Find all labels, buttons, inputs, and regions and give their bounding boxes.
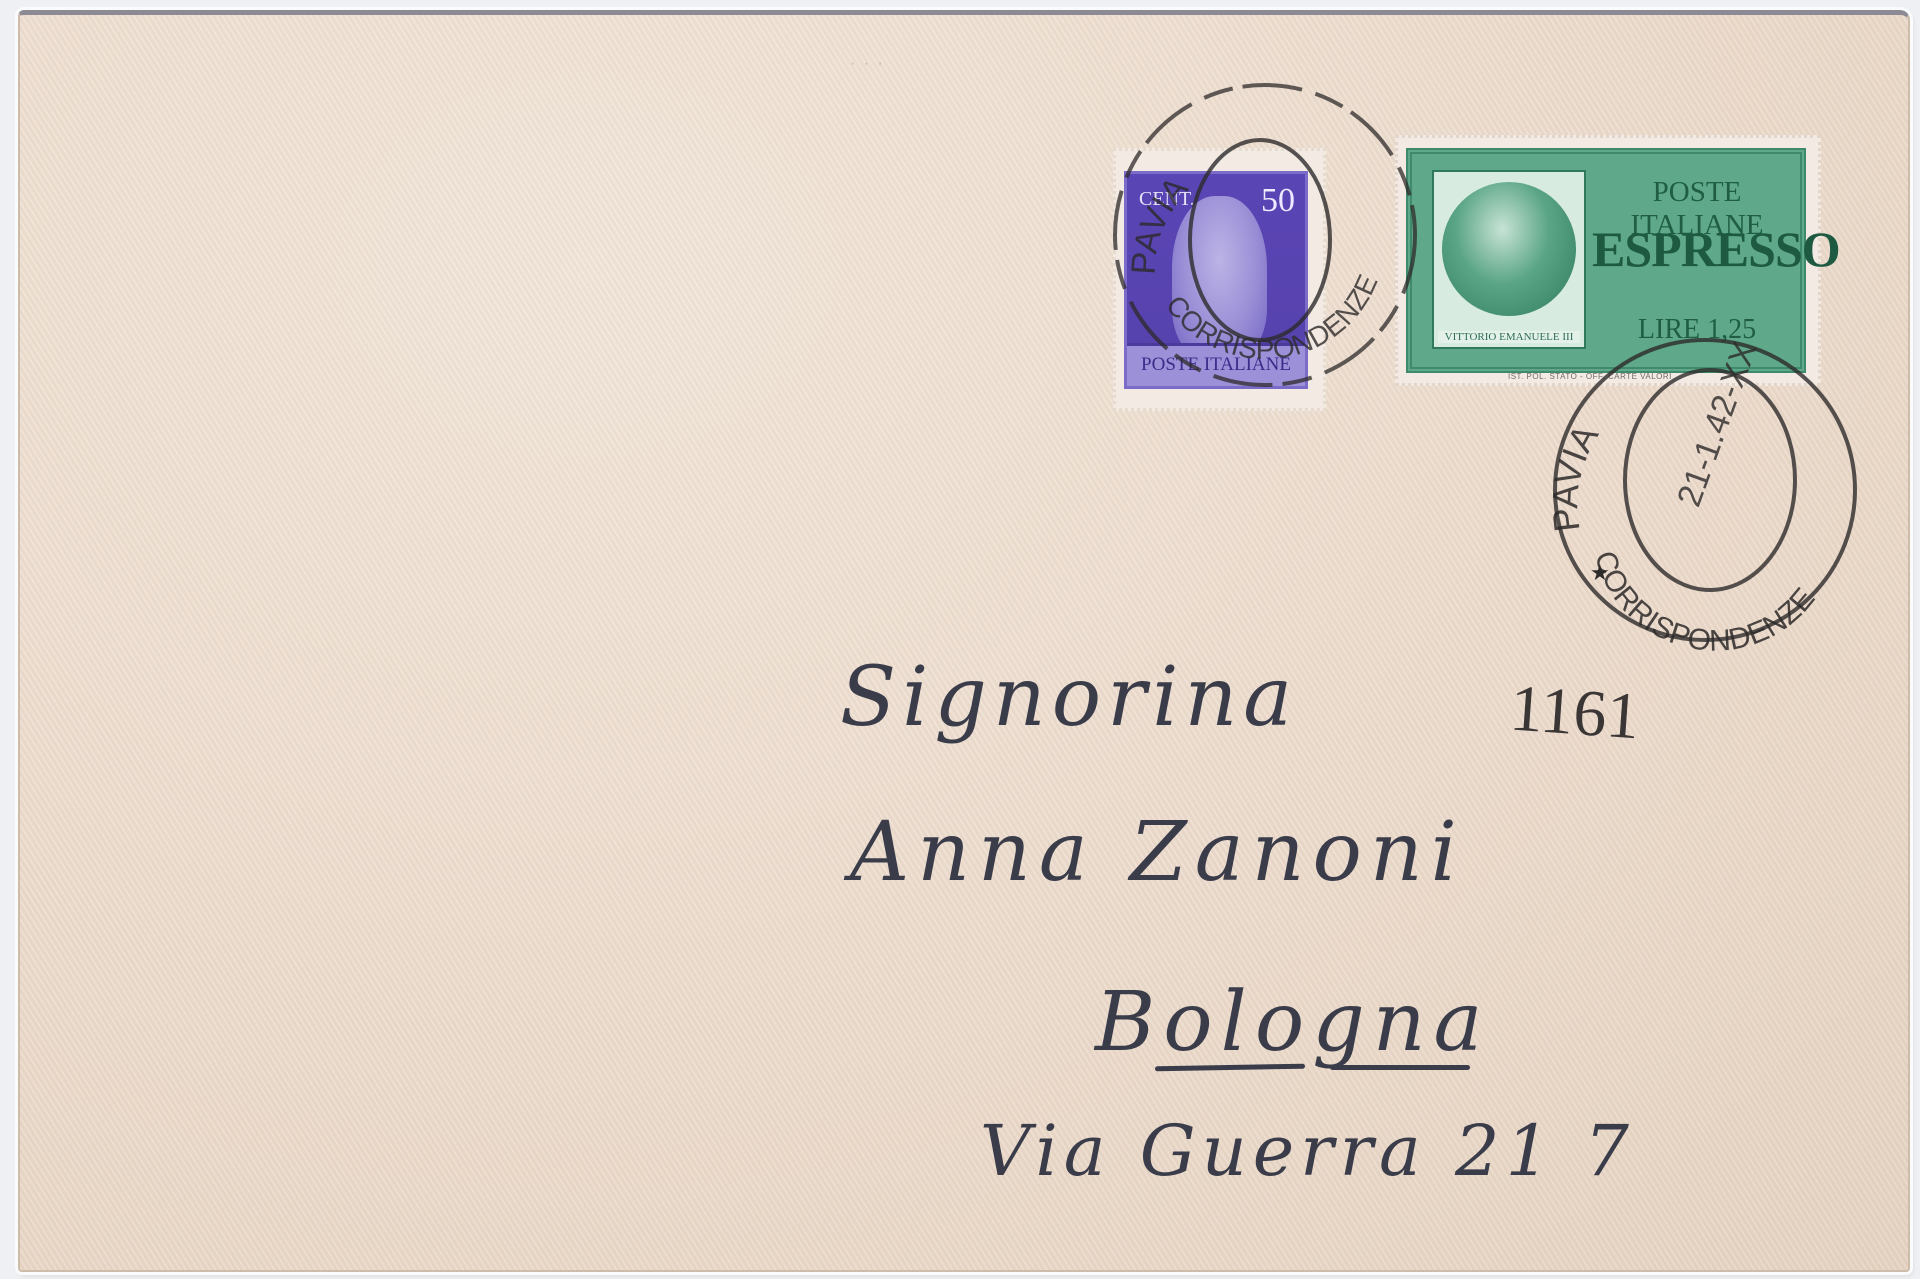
pencil-note: · · · — [850, 55, 885, 73]
address-street: Via Guerra 21 7 — [980, 1110, 1635, 1192]
portrait-caption: VITTORIO EMANUELE III — [1438, 331, 1580, 343]
city-underline-right — [1330, 1065, 1470, 1070]
reference-number: 1161 — [1508, 671, 1643, 756]
stamp-print: VITTORIO EMANUELE III POSTE ITALIANE ESP… — [1406, 148, 1806, 373]
king-portrait-icon — [1172, 196, 1267, 356]
stamp-main-text: ESPRESSO — [1592, 220, 1802, 278]
postmark-bottom-text: CORRISPONDENZE — [1588, 547, 1822, 658]
address-name: Anna Zanoni — [850, 805, 1465, 900]
postmark-city: PAVIA — [1544, 418, 1606, 535]
portrait-medallion: VITTORIO EMANUELE III — [1432, 170, 1586, 349]
address-salutation: Signorina — [840, 650, 1298, 745]
stamp-espresso: VITTORIO EMANUELE III POSTE ITALIANE ESP… — [1395, 135, 1821, 386]
stamp-50-centesimi: CENT. 50 POSTE ITALIANE — [1113, 148, 1326, 411]
stamp-imprint: IST. POL. STATO - OFF. CARTE VALORI — [1508, 372, 1672, 381]
king-portrait-icon — [1442, 182, 1576, 316]
stamp-value-text: LIRE 1,25 — [1592, 314, 1802, 346]
stamp-value: 50 — [1261, 182, 1295, 220]
stamp-inscription: POSTE ITALIANE — [1127, 343, 1305, 386]
address-city: Bologna — [1095, 975, 1490, 1070]
envelope: · · · CENT. 50 POSTE ITALIANE VITTORIO E… — [18, 10, 1910, 1272]
stamp-print: CENT. 50 POSTE ITALIANE — [1124, 171, 1308, 389]
stamp-denomination-label: CENT. — [1139, 188, 1195, 211]
star-icon: ★ — [1590, 560, 1610, 585]
